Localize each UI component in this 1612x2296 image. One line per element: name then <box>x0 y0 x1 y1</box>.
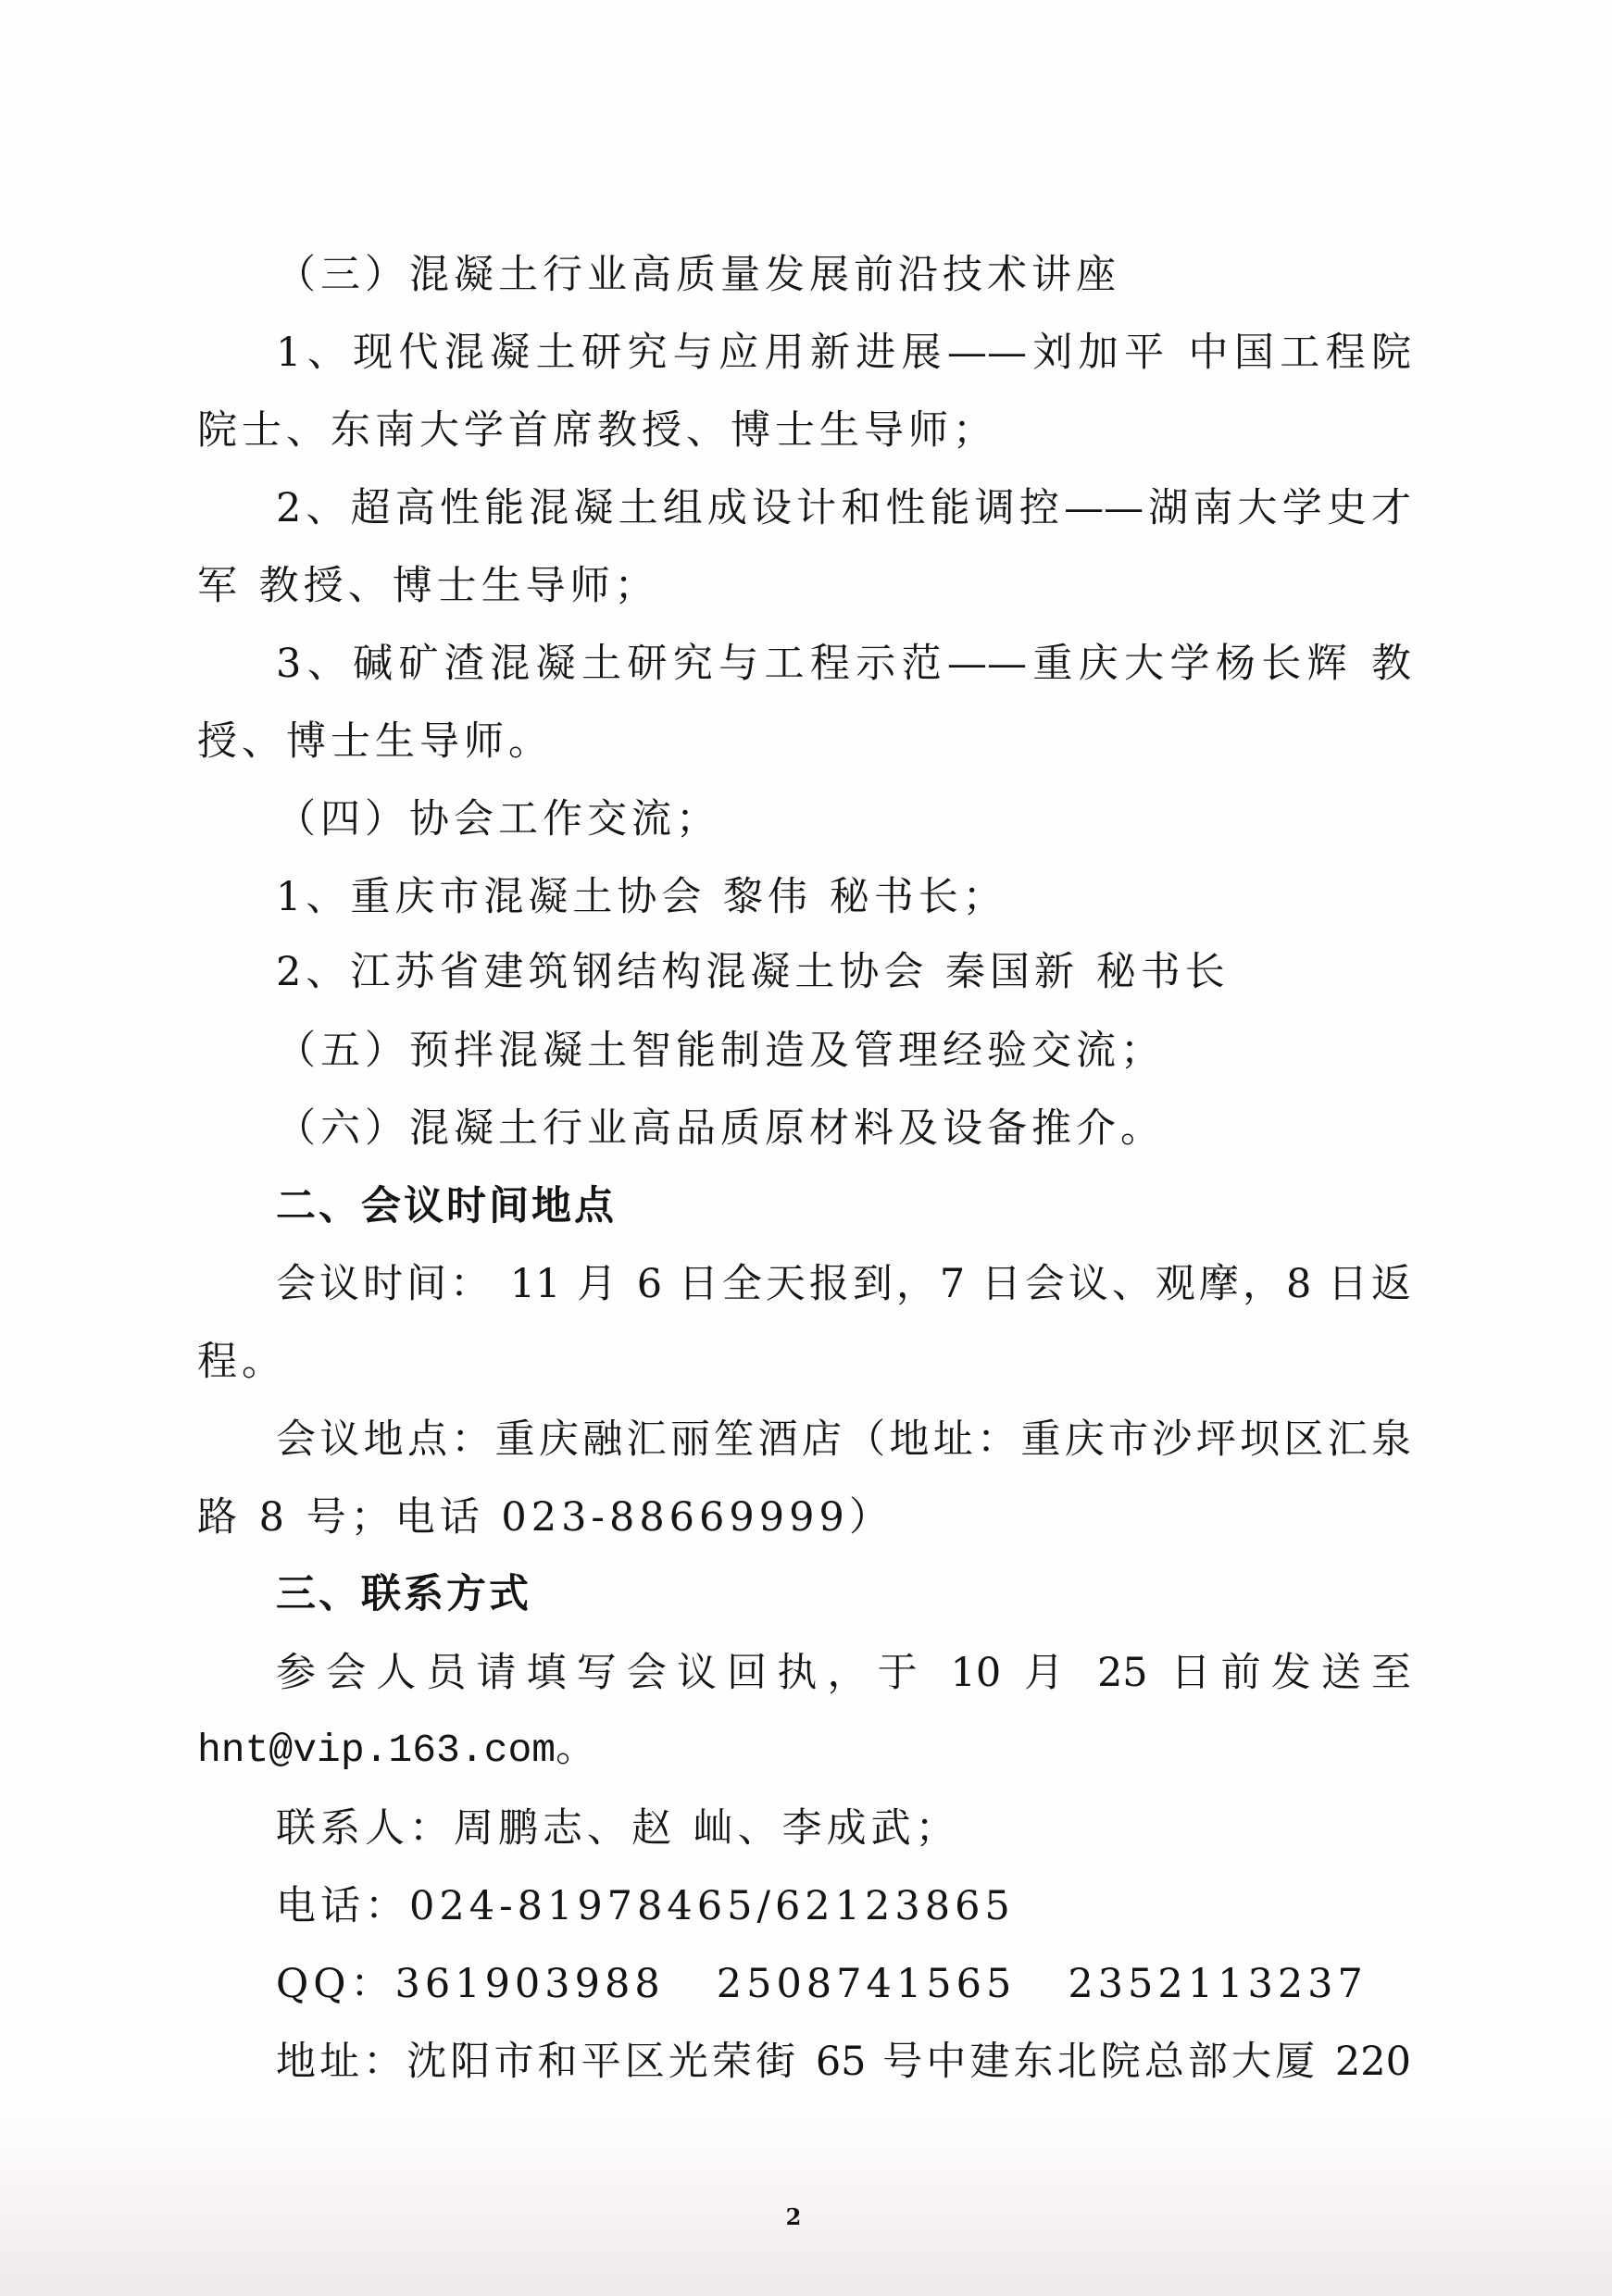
section-heading-meeting-time-place: 二、会议时间地点 <box>276 1179 617 1234</box>
lecture-item-3-continued: 授、博士生导师。 <box>197 714 553 769</box>
contact-address: 地址：沈阳市和平区光荣街 65 号中建东北院总部大厦 220 <box>276 2034 1411 2090</box>
contact-email-link[interactable]: hnt@vip.163.com。 <box>197 1723 595 1778</box>
lecture-item-3: 3、碱矿渣混凝土研究与工程示范——重庆大学杨长辉 教 <box>276 636 1411 692</box>
lecture-item-2-continued: 军 教授、博士生导师； <box>197 558 659 614</box>
contact-instructions: 参会人员请填写会议回执，于 10 月 25 日前发送至 <box>276 1645 1411 1701</box>
meeting-place-continued: 路 8 号；电话 023-88669999） <box>197 1490 893 1545</box>
exchange-item-1: 1、重庆市混凝土协会 黎伟 秘书长； <box>276 869 1007 925</box>
contact-qq: QQ：361903988 2508741565 2352113237 <box>276 1956 1368 2012</box>
subsection-heading-smart-manufacturing: （五）预拌混凝土智能制造及管理经验交流； <box>276 1023 1165 1079</box>
subsection-heading-materials-promotion: （六）混凝土行业高品质原材料及设备推介。 <box>276 1101 1165 1156</box>
document-page: （三）混凝土行业高质量发展前沿技术讲座 1、现代混凝土研究与应用新进展——刘加平… <box>0 0 1612 2296</box>
contact-phone: 电话：024-81978465/62123865 <box>276 1878 1015 1934</box>
subsection-heading-lectures: （三）混凝土行业高质量发展前沿技术讲座 <box>276 247 1120 303</box>
lecture-item-1: 1、现代混凝土研究与应用新进展——刘加平 中国工程院 <box>276 325 1411 381</box>
contact-persons: 联系人：周鹏志、赵 屾、李成武； <box>276 1801 960 1856</box>
lecture-item-2: 2、超高性能混凝土组成设计和性能调控——湖南大学史才 <box>276 480 1411 536</box>
meeting-time: 会议时间： 11 月 6 日全天报到，7 日会议、观摩，8 日返 <box>276 1256 1411 1312</box>
meeting-time-continued: 程。 <box>197 1334 286 1390</box>
meeting-place: 会议地点：重庆融汇丽笙酒店（地址：重庆市沙坪坝区汇泉 <box>276 1412 1411 1467</box>
section-heading-contact: 三、联系方式 <box>276 1566 531 1622</box>
lecture-item-1-continued: 院士、东南大学首席教授、博士生导师； <box>197 403 997 458</box>
exchange-item-2: 2、江苏省建筑钢结构混凝土协会 秦国新 秘书长 <box>276 944 1230 1000</box>
subsection-heading-association-exchange: （四）协会工作交流； <box>276 792 720 847</box>
page-number: 2 <box>778 2203 809 2231</box>
